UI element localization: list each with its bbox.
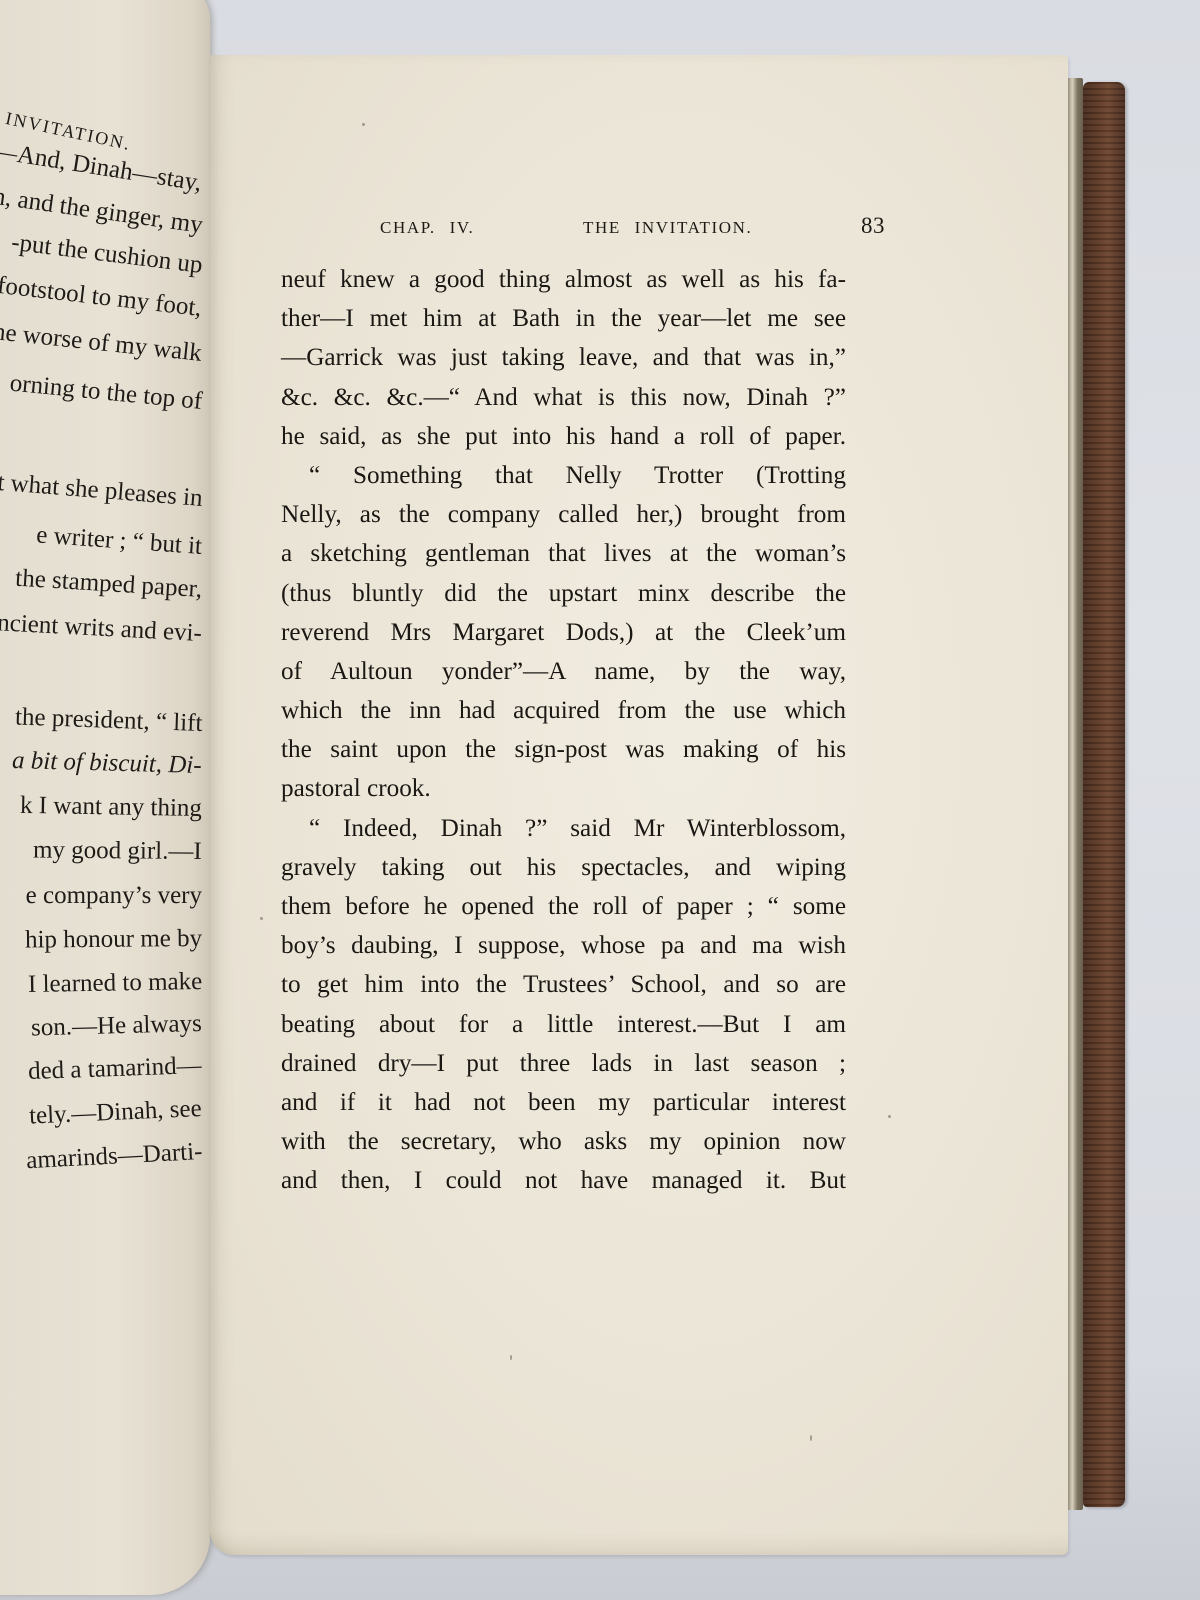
paper-speck — [260, 917, 263, 920]
text-line: Nelly, as the company called her,) broug… — [281, 495, 846, 534]
text-line: “ Something that Nelly Trotter (Trotting — [281, 456, 846, 495]
page-number: 83 — [861, 213, 885, 239]
paper-speck — [510, 1355, 512, 1360]
left-page-text: INVITATION. —And, Dinah—stay, h, and the… — [0, 0, 210, 1595]
left-line: it what she pleases in — [0, 468, 203, 513]
left-line: hip honour me by — [25, 925, 202, 955]
text-line: reverend Mrs Margaret Dods,) at the Clee… — [281, 613, 846, 652]
text-line: which the inn had acquired from the use … — [281, 691, 846, 730]
paper-speck — [362, 123, 365, 126]
text-line: drained dry—I put three lads in last sea… — [281, 1044, 846, 1083]
leather-binding — [1083, 82, 1125, 1507]
left-line: I learned to make — [28, 968, 203, 999]
right-page: CHAP. IV. THE INVITATION. 83 neuf knew a… — [210, 55, 1068, 1555]
left-line: footstool to my foot, — [0, 272, 204, 323]
text-line: (thus bluntly did the upstart minx descr… — [281, 574, 846, 613]
text-line: he said, as she put into his hand a roll… — [281, 417, 846, 456]
left-line: k I want any thing — [20, 792, 202, 823]
paper-speck — [810, 1435, 812, 1441]
page-body-text: neuf knew a good thing almost as well as… — [281, 260, 846, 1201]
text-line: pastoral crook. — [281, 769, 846, 808]
text-line: the saint upon the sign-post was making … — [281, 730, 846, 769]
text-line: beating about for a little interest.—But… — [281, 1005, 846, 1044]
left-line: tely.—Dinah, see — [29, 1095, 203, 1131]
left-line: he worse of my walk — [0, 318, 203, 368]
text-line: &c. &c. &c.—“ And what is this now, Dina… — [281, 378, 846, 417]
left-line: e company’s very — [26, 882, 202, 910]
left-line: the president, “ lift — [14, 703, 202, 738]
left-line: son.—He always — [31, 1010, 202, 1042]
text-line: them before he opened the roll of paper … — [281, 887, 846, 926]
text-line: gravely taking out his spectacles, and w… — [281, 848, 846, 887]
text-line: boy’s daubing, I suppose, whose pa and m… — [281, 926, 846, 965]
chapter-label: CHAP. IV. — [380, 218, 474, 238]
left-line: a bit of biscuit, Di- — [12, 747, 202, 780]
text-line: of Aultoun yonder”—A name, by the way, — [281, 652, 846, 691]
text-line: neuf knew a good thing almost as well as… — [281, 260, 846, 299]
text-line: ther—I met him at Bath in the year—let m… — [281, 299, 846, 338]
paper-speck — [888, 1115, 891, 1118]
left-page: INVITATION. —And, Dinah—stay, h, and the… — [0, 0, 210, 1595]
left-line: ded a tamarind— — [28, 1052, 202, 1086]
text-line: and if it had not been my particular int… — [281, 1083, 846, 1122]
text-line: to get him into the Trustees’ School, an… — [281, 965, 846, 1004]
running-head: CHAP. IV. THE INVITATION. 83 — [380, 213, 885, 239]
text-line: “ Indeed, Dinah ?” said Mr Winterblossom… — [281, 809, 846, 848]
text-line: and then, I could not have managed it. B… — [281, 1161, 846, 1200]
text-line: a sketching gentleman that lives at the … — [281, 534, 846, 573]
text-line: —Garrick was just taking leave, and that… — [281, 338, 846, 377]
left-line: my good girl.—I — [33, 837, 202, 866]
chapter-title: THE INVITATION. — [583, 218, 752, 238]
text-line: with the secretary, who asks my opinion … — [281, 1122, 846, 1161]
left-line: amarinds—Darti- — [25, 1138, 203, 1175]
left-line: ncient writs and evi- — [0, 609, 203, 648]
left-line: e writer ; “ but it — [36, 521, 203, 561]
left-line: orning to the top of — [9, 370, 204, 416]
left-line: the stamped paper, — [14, 565, 202, 604]
